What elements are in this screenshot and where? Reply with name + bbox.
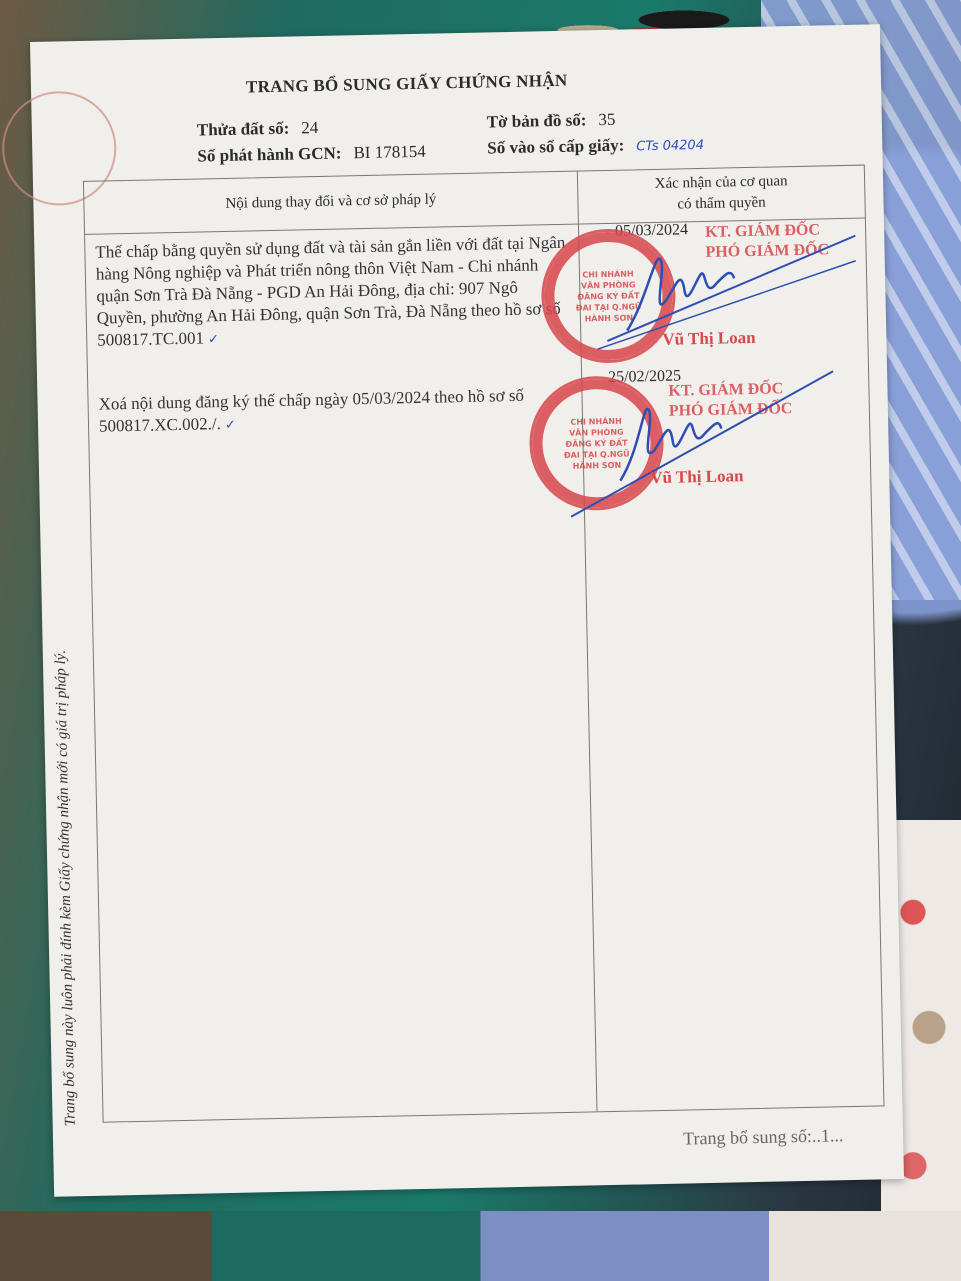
row1-signer: Vũ Thị Loan — [662, 328, 756, 350]
parcel-label: Thửa đất số: — [197, 119, 290, 140]
side-note: Trang bổ sung này luôn phải đính kèm Giấ… — [48, 426, 80, 1126]
register-value-handwritten: CTs 04204 — [636, 138, 704, 154]
header-content-column: Nội dung thay đổi và cơ sở pháp lý — [84, 189, 577, 216]
table-row-content: Thế chấp bằng quyền sử dụng đất và tài s… — [95, 232, 567, 354]
row2-content: Xoá nội dung đăng ký thế chấp ngày 05/03… — [98, 386, 524, 436]
page-title: TRANG BỔ SUNG GIẤY CHỨNG NHẬN — [246, 71, 568, 98]
map-sheet-value: 35 — [598, 110, 615, 129]
check-mark-icon: ✓ — [208, 332, 219, 347]
table-row-content: Xoá nội dung đăng ký thế chấp ngày 05/03… — [98, 384, 569, 440]
gcn-issue-value: BI 178154 — [353, 142, 426, 163]
map-sheet-field: Tờ bản đồ số:35 — [487, 110, 616, 133]
parcel-field: Thửa đất số:24 — [197, 118, 319, 141]
gcn-issue-field: Số phát hành GCN:BI 178154 — [197, 142, 426, 167]
signature-icon — [548, 366, 851, 522]
page-number-footer: Trang bổ sung số:..1... — [683, 1125, 844, 1149]
parcel-value: 24 — [301, 118, 318, 137]
row2-signer: Vũ Thị Loan — [650, 466, 744, 488]
header-confirmation-column: Xác nhận của cơ quan có thẩm quyền — [578, 170, 865, 218]
map-sheet-label: Tờ bản đồ số: — [487, 110, 587, 131]
check-mark-icon: ✓ — [225, 418, 236, 433]
gcn-issue-label: Số phát hành GCN: — [197, 144, 341, 166]
certificate-supplement-page: TRANG BỔ SUNG GIẤY CHỨNG NHẬN Thửa đất s… — [30, 24, 904, 1197]
row1-content: Thế chấp bằng quyền sử dụng đất và tài s… — [95, 233, 565, 350]
changes-table: Nội dung thay đổi và cơ sở pháp lý Xác n… — [83, 165, 885, 1123]
background-fabric-bottom — [0, 1211, 961, 1281]
register-label: Số vào sổ cấp giấy: — [487, 136, 624, 158]
register-field: Số vào sổ cấp giấy:CTs 04204 — [487, 134, 704, 159]
